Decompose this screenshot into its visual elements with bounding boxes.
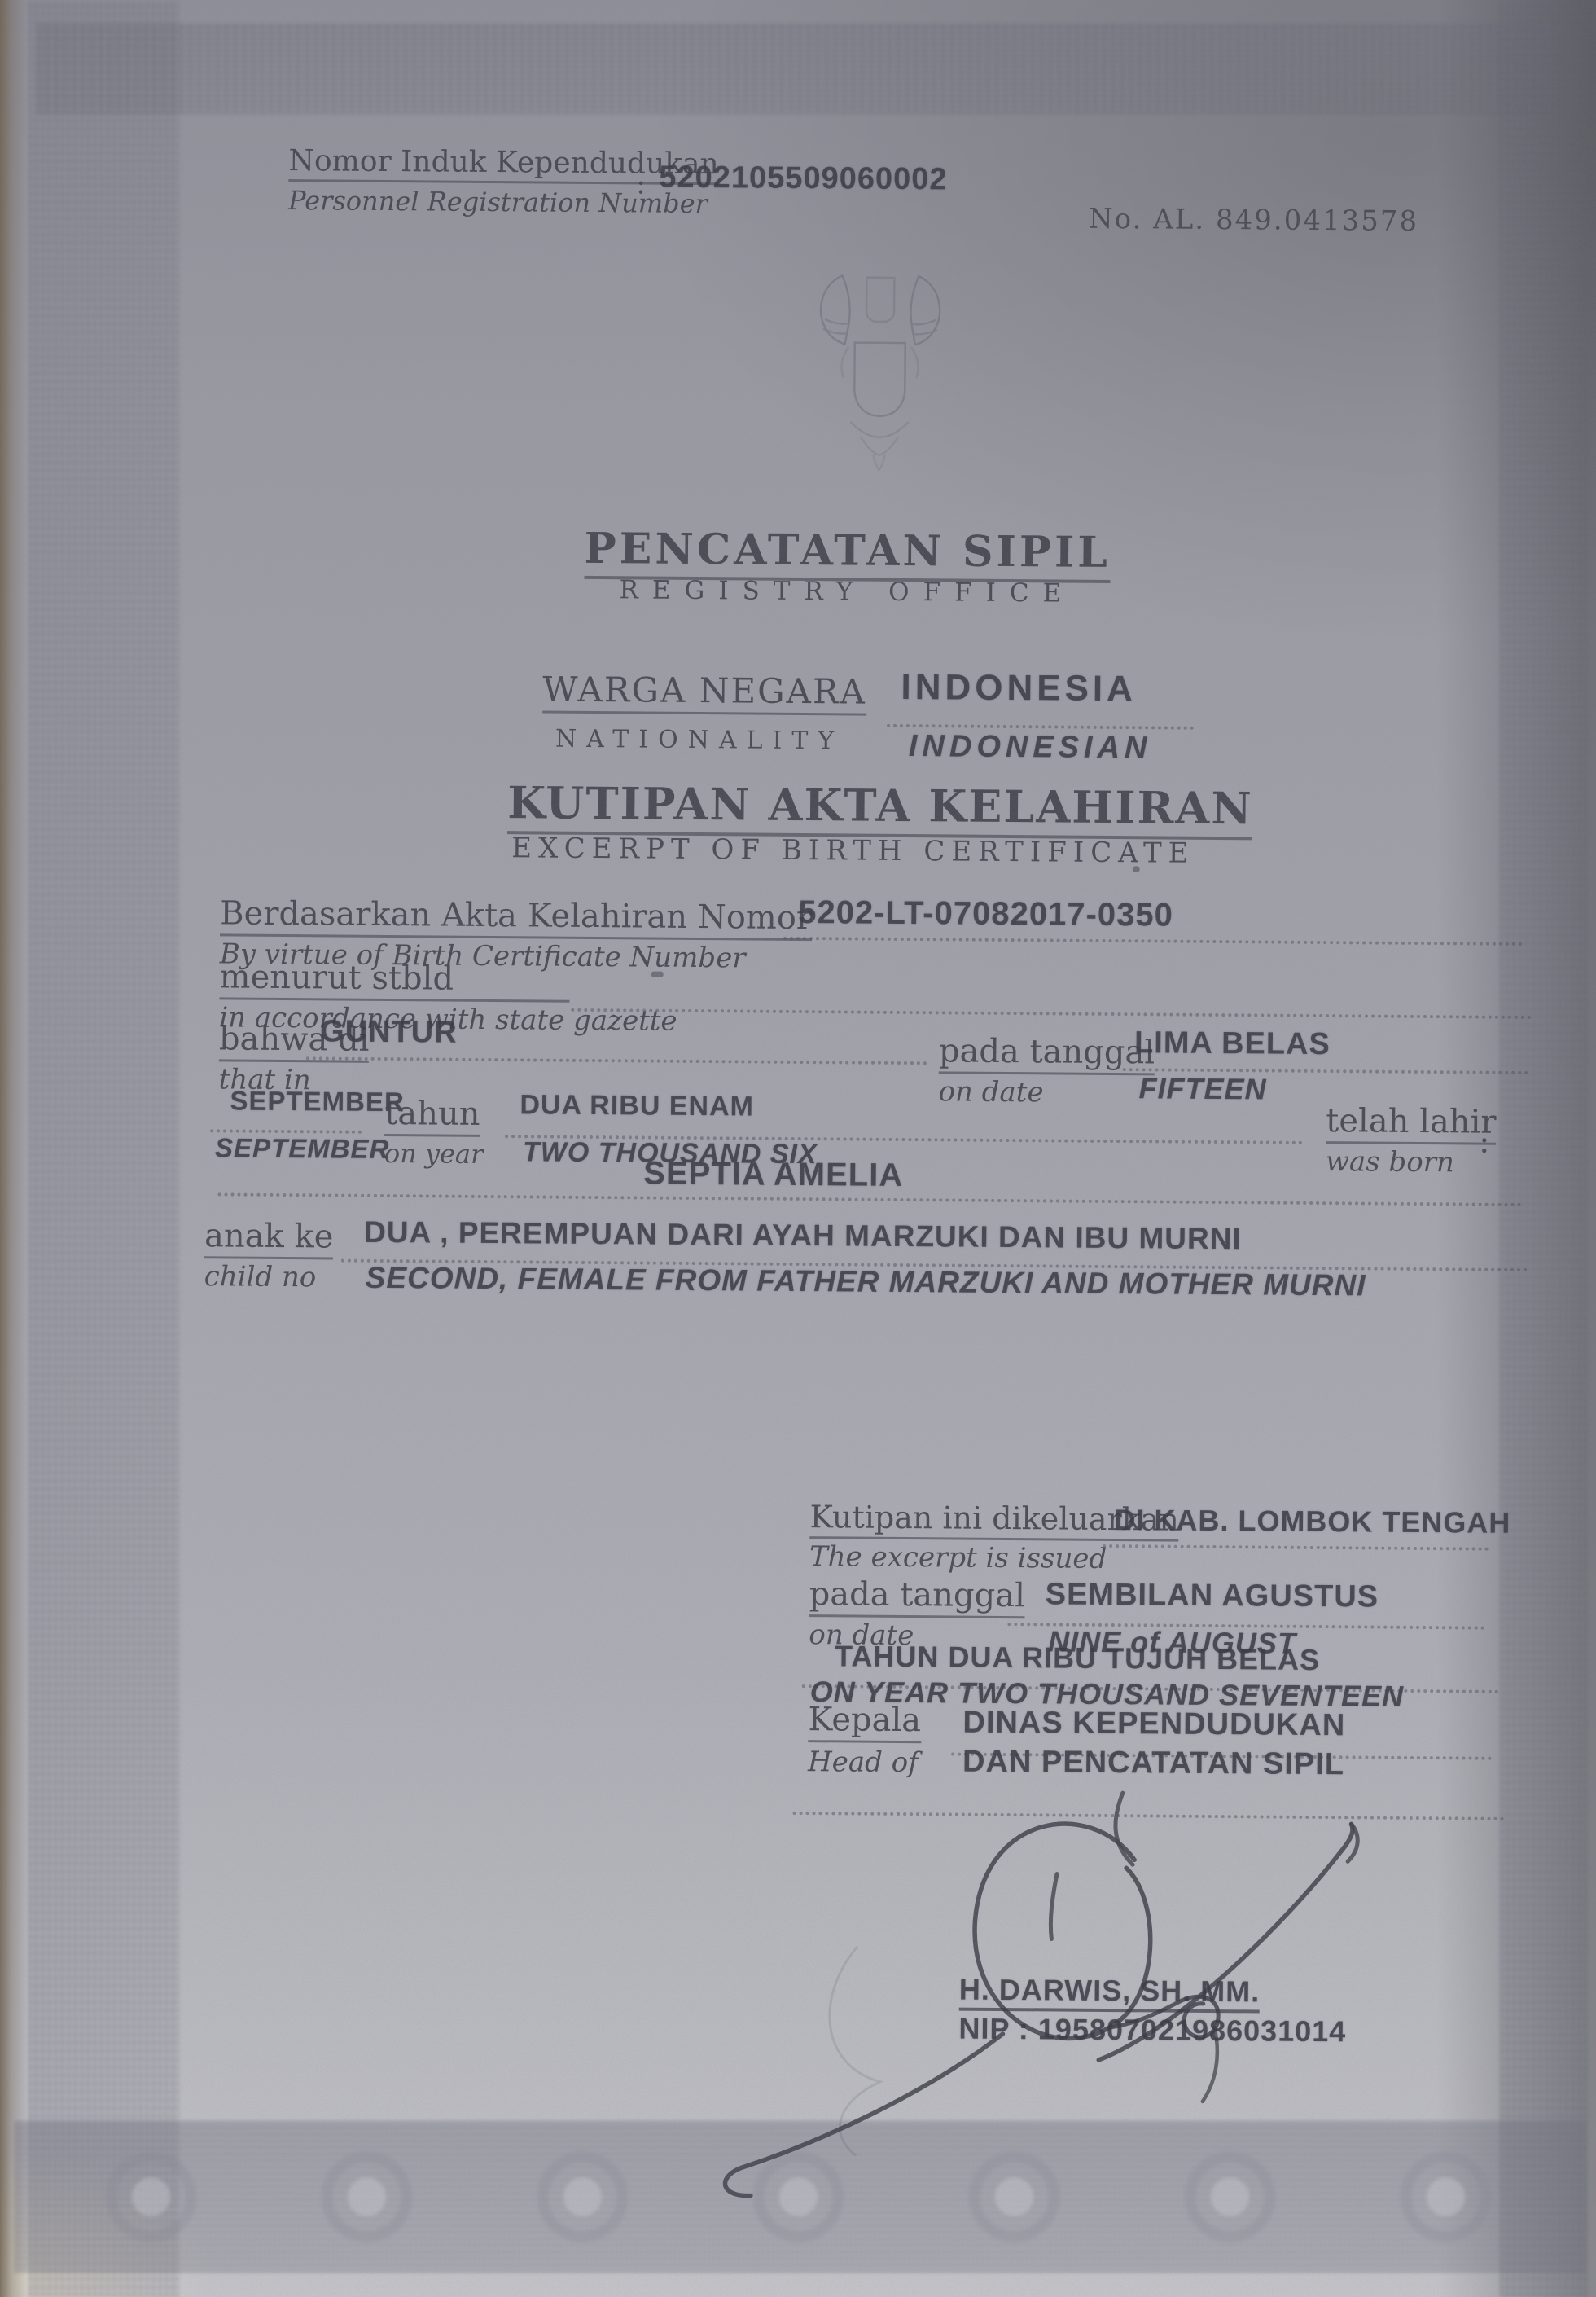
- year-label-id: tahun: [384, 1095, 480, 1137]
- child-value-id: DUA , PEREMPUAN DARI AYAH MARZUKI DAN IB…: [364, 1215, 1242, 1256]
- gazette-label-id: menurut stbld: [219, 958, 569, 1002]
- nationality-value-en: INDONESIAN: [909, 729, 1152, 766]
- garuda-emblem-icon: [794, 269, 967, 474]
- nik-label-en: Personnel Registration Number: [288, 185, 719, 219]
- head-label-id: Kepala: [808, 1701, 921, 1743]
- date-value-id: LIMA BELAS: [1134, 1026, 1331, 1062]
- head-label-en: Head of: [808, 1746, 921, 1779]
- nationality-label-block: WARGA NEGARA: [542, 670, 866, 716]
- office-line2: DAN PENCATATAN SIPIL: [962, 1745, 1344, 1783]
- nationality-label-en: NATIONALITY: [555, 725, 844, 756]
- head-label-block: Kepala Head of: [808, 1701, 921, 1779]
- signatory-name: H. DARWIS, SH. MM.: [959, 1973, 1261, 2014]
- certificate-title: KUTIPAN AKTA KELAHIRAN: [507, 776, 1200, 840]
- document-number: No. AL. 849.0413578: [1089, 203, 1418, 238]
- date-label-en: on date: [938, 1075, 1154, 1109]
- child-name-value: SEPTIA AMELIA: [489, 1154, 1059, 1195]
- nik-value: 5202105509060002: [659, 160, 947, 198]
- born-colon: :: [1479, 1123, 1490, 1161]
- certificate-title-id: KUTIPAN AKTA KELAHIRAN: [507, 776, 1253, 840]
- issued-date-value-id: SEMBILAN AGUSTUS: [1046, 1577, 1379, 1614]
- born-label-id: telah lahir: [1326, 1102, 1497, 1145]
- issued-year-value-id: TAHUN DUA RIBU TUJUH BELAS: [835, 1639, 1320, 1677]
- issued-date-label-id: pada tanggal: [809, 1575, 1025, 1618]
- scanned-birth-certificate: Nomor Induk Kependudukan Personnel Regis…: [0, 0, 1596, 2297]
- child-label-en: child no: [204, 1260, 334, 1293]
- child-label-id: anak ke: [204, 1217, 334, 1259]
- dotted-line: [218, 1192, 1523, 1206]
- month-value-en: SEPTEMBER: [215, 1132, 390, 1165]
- nationality-value-id: INDONESIA: [901, 667, 1137, 709]
- signatory-nip: NIP : 195807021986031014: [958, 2012, 1346, 2049]
- nationality-label-id: WARGA NEGARA: [542, 670, 866, 716]
- field-child-no: anak ke child no: [204, 1217, 334, 1293]
- nik-colon: :: [636, 168, 646, 200]
- year-label-en: on year: [384, 1138, 484, 1170]
- place-value: GUNTUR: [320, 1014, 458, 1050]
- dotted-line: [783, 937, 1523, 946]
- year-value-id: DUA RIBU ENAM: [520, 1089, 754, 1122]
- born-label-en: was born: [1326, 1145, 1496, 1179]
- nik-label-id: Nomor Induk Kependudukan: [288, 144, 719, 185]
- office-line1: DINAS KEPENDUDUKAN: [962, 1706, 1345, 1744]
- child-value-en: SECOND, FEMALE FROM FATHER MARZUKI AND M…: [366, 1261, 1366, 1303]
- certificate-title-en: EXCERPT OF BIRTH CERTIFICATE: [507, 832, 1199, 870]
- dotted-line: [571, 1008, 1532, 1019]
- cert-no-value: 5202-LT-07082017-0350: [798, 894, 1173, 934]
- field-born-label: telah lahir was born: [1326, 1102, 1497, 1179]
- month-value-id: SEPTEMBER: [230, 1086, 405, 1118]
- nik-block: Nomor Induk Kependudukan Personnel Regis…: [288, 144, 719, 219]
- stray-mark: [1133, 866, 1140, 872]
- signatory-name-block: H. DARWIS, SH. MM.: [959, 1973, 1261, 2009]
- document-content: Nomor Induk Kependudukan Personnel Regis…: [0, 0, 1596, 2297]
- registry-title-id: PENCATATAN SIPIL: [584, 524, 1111, 583]
- registry-title-en: REGISTRY OFFICE: [525, 574, 1168, 608]
- issued-place-value: DI KAB. LOMBOK TENGAH: [1114, 1503, 1510, 1540]
- cert-no-label-id: Berdasarkan Akta Kelahiran Nomor: [220, 894, 812, 941]
- dotted-line: [306, 1056, 927, 1065]
- date-value-en: FIFTEEN: [1138, 1071, 1266, 1106]
- field-year-label: tahun on year: [384, 1095, 484, 1170]
